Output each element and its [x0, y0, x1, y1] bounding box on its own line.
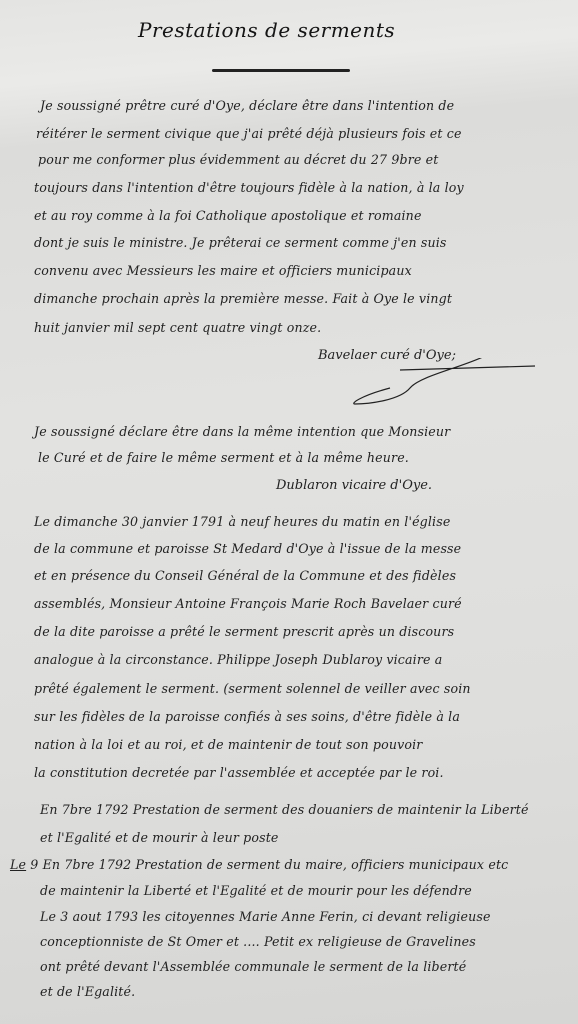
text-line: Je soussigné prêtre curé d'Oye, déclare …	[40, 98, 454, 113]
text-line: sur les fidèles de la paroisse confiés à…	[34, 709, 460, 724]
text-line: de la dite paroisse a prêté le serment p…	[34, 624, 454, 639]
text-line: réitérer le serment civique que j'ai prê…	[36, 126, 462, 141]
text-line: Le 3 aout 1793 les citoyennes Marie Anne…	[40, 909, 491, 924]
text-line: dimanche prochain après la première mess…	[34, 291, 452, 306]
text-line: ont prêté devant l'Assemblée communale l…	[40, 959, 466, 974]
text-line: nation à la loi et au roi, et de mainten…	[34, 737, 422, 752]
title-underline	[212, 69, 350, 72]
text-line: et en présence du Conseil Général de la …	[34, 568, 456, 583]
signature-vicaire: Dublaron vicaire d'Oye.	[276, 478, 432, 493]
text-line: toujours dans l'intention d'être toujour…	[34, 180, 464, 195]
text-line: dont je suis le ministre. Je prêterai ce…	[34, 235, 447, 250]
text-line: assemblés, Monsieur Antoine François Mar…	[34, 596, 462, 611]
text-line: et l'Egalité et de mourir à leur poste	[40, 830, 279, 845]
text-line: et de l'Egalité.	[40, 984, 135, 999]
text-segment: 9 En 7bre 1792 Prestation de serment du …	[26, 857, 508, 872]
date-prefix: Le	[10, 857, 26, 872]
signature-flourish	[350, 358, 550, 408]
text-line: Le dimanche 30 janvier 1791 à neuf heure…	[34, 514, 450, 529]
text-line: analogue à la circonstance. Philippe Jos…	[34, 652, 442, 667]
manuscript-page: Prestations de serments Je soussigné prê…	[0, 0, 578, 1024]
text-line: Je soussigné déclare être dans la même i…	[34, 424, 450, 439]
text-line: huit janvier mil sept cent quatre vingt …	[34, 320, 321, 335]
text-line: de la commune et paroisse St Medard d'Oy…	[34, 541, 461, 556]
text-line: pour me conformer plus évidemment au déc…	[38, 152, 438, 167]
text-line: de maintenir la Liberté et l'Egalité et …	[40, 883, 472, 898]
text-line: le Curé et de faire le même serment et à…	[38, 450, 409, 465]
text-line: et au roy comme à la foi Catholique apos…	[34, 208, 422, 223]
page-title: Prestations de serments	[138, 18, 395, 42]
text-line: Le 9 En 7bre 1792 Prestation de serment …	[10, 857, 508, 872]
text-line: la constitution decretée par l'assemblée…	[34, 765, 444, 780]
text-line: convenu avec Messieurs les maire et offi…	[34, 263, 412, 278]
text-line: prêté également le serment. (serment sol…	[34, 681, 471, 696]
text-line: En 7bre 1792 Prestation de serment des d…	[40, 802, 529, 817]
text-line: conceptionniste de St Omer et .... Petit…	[40, 934, 476, 949]
